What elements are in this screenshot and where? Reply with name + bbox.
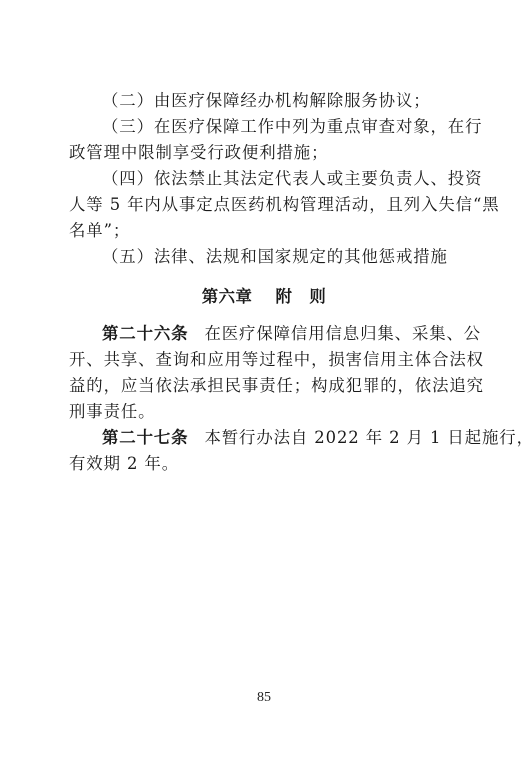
- measure-item-2: （二）由医疗保障经办机构解除服务协议；: [69, 88, 471, 114]
- measure-item-4-cont-1: 人等 5 年内从事定点医药机构管理活动，且列入失信“黑: [69, 192, 471, 218]
- measure-item-5: （五）法律、法规和国家规定的其他惩戒措施: [69, 244, 471, 270]
- measure-item-3-cont: 政管理中限制享受行政便利措施；: [69, 140, 471, 166]
- articles-section: 第二十六条在医疗保障信用信息归集、采集、公 开、共享、查询和应用等过程中，损害信…: [69, 321, 471, 477]
- article-26-line-4: 刑事责任。: [69, 399, 471, 425]
- article-26-label: 第二十六条: [102, 324, 188, 343]
- article-27-text: 本暂行办法自 2022 年 2 月 1 日起施行，: [204, 428, 528, 447]
- article-26-text: 在医疗保障信用信息归集、采集、公: [204, 324, 481, 343]
- article-26-first-line: 第二十六条在医疗保障信用信息归集、采集、公: [69, 321, 471, 347]
- page-number: 85: [0, 690, 528, 706]
- measures-list: （二）由医疗保障经办机构解除服务协议； （三）在医疗保障工作中列为重点审查对象，…: [69, 88, 471, 270]
- article-26-line-3: 益的，应当依法承担民事责任；构成犯罪的，依法追究: [69, 373, 471, 399]
- article-27-line-2: 有效期 2 年。: [69, 451, 471, 477]
- measure-item-3: （三）在医疗保障工作中列为重点审查对象，在行: [69, 114, 471, 140]
- article-27-first-line: 第二十七条本暂行办法自 2022 年 2 月 1 日起施行，: [69, 425, 471, 451]
- chapter-title: 第六章 附 则: [0, 284, 528, 310]
- article-27-label: 第二十七条: [102, 428, 188, 447]
- measure-item-4: （四）依法禁止其法定代表人或主要负责人、投资: [69, 166, 471, 192]
- measure-item-4-cont-2: 名单”；: [69, 218, 471, 244]
- article-26-line-2: 开、共享、查询和应用等过程中，损害信用主体合法权: [69, 347, 471, 373]
